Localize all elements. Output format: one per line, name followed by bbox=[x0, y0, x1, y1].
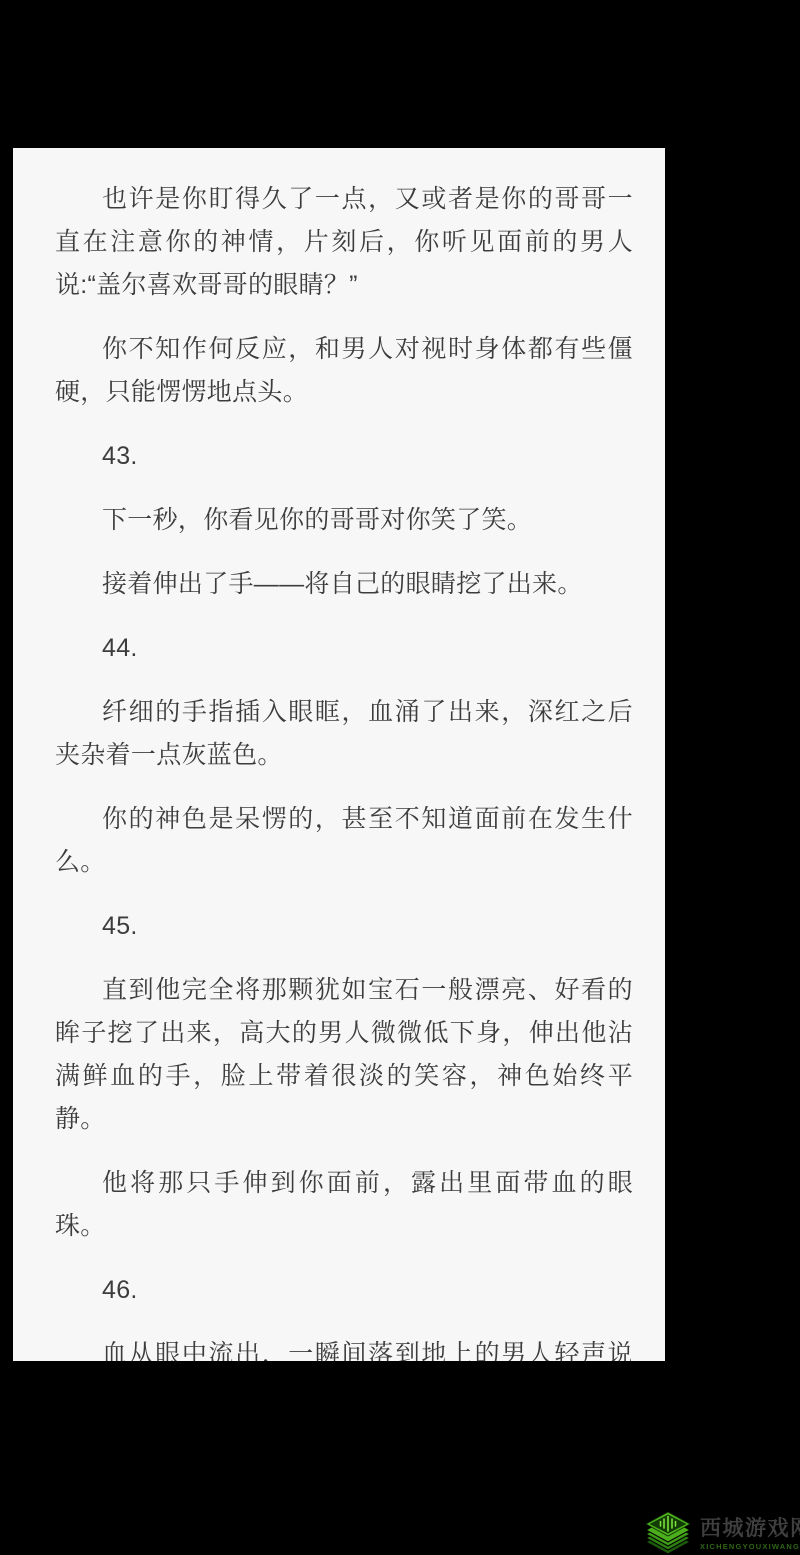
section-number: 45. bbox=[55, 905, 633, 948]
paragraph: 血从眼中流出，一瞬间落到地上的男人轻声说道: bbox=[55, 1333, 633, 1361]
watermark-site-pinyin: XICHENGYOUXIWANG bbox=[700, 1543, 800, 1551]
stacked-layers-logo-icon bbox=[644, 1512, 692, 1554]
paragraph: 你不知作何反应，和男人对视时身体都有些僵硬，只能愣愣地点头。 bbox=[55, 328, 633, 414]
paragraph: 纤细的手指插入眼眶，血涌了出来，深红之后夹杂着一点灰蓝色。 bbox=[55, 691, 633, 777]
paragraph: 你的神色是呆愣的，甚至不知道面前在发生什么。 bbox=[55, 798, 633, 884]
paragraph: 直到他完全将那颗犹如宝石一般漂亮、好看的眸子挖了出来，高大的男人微微低下身，伸出… bbox=[55, 969, 633, 1141]
paragraph: 也许是你盯得久了一点，又或者是你的哥哥一直在注意你的神情，片刻后，你听见面前的男… bbox=[55, 178, 633, 307]
section-number: 43. bbox=[55, 435, 633, 478]
watermark-site-name: 西城游戏网 bbox=[700, 1518, 800, 1540]
section-number: 44. bbox=[55, 627, 633, 670]
watermark: 西城游戏网 XICHENGYOUXIWANG bbox=[644, 1512, 800, 1554]
paragraph: 下一秒，你看见你的哥哥对你笑了笑。 bbox=[55, 499, 633, 542]
watermark-text: 西城游戏网 XICHENGYOUXIWANG bbox=[700, 1512, 800, 1551]
reader-page[interactable]: 也许是你盯得久了一点，又或者是你的哥哥一直在注意你的神情，片刻后，你听见面前的男… bbox=[13, 148, 665, 1361]
paragraph: 他将那只手伸到你面前，露出里面带血的眼珠。 bbox=[55, 1162, 633, 1248]
section-number: 46. bbox=[55, 1269, 633, 1312]
paragraph: 接着伸出了手——将自己的眼睛挖了出来。 bbox=[55, 563, 633, 606]
